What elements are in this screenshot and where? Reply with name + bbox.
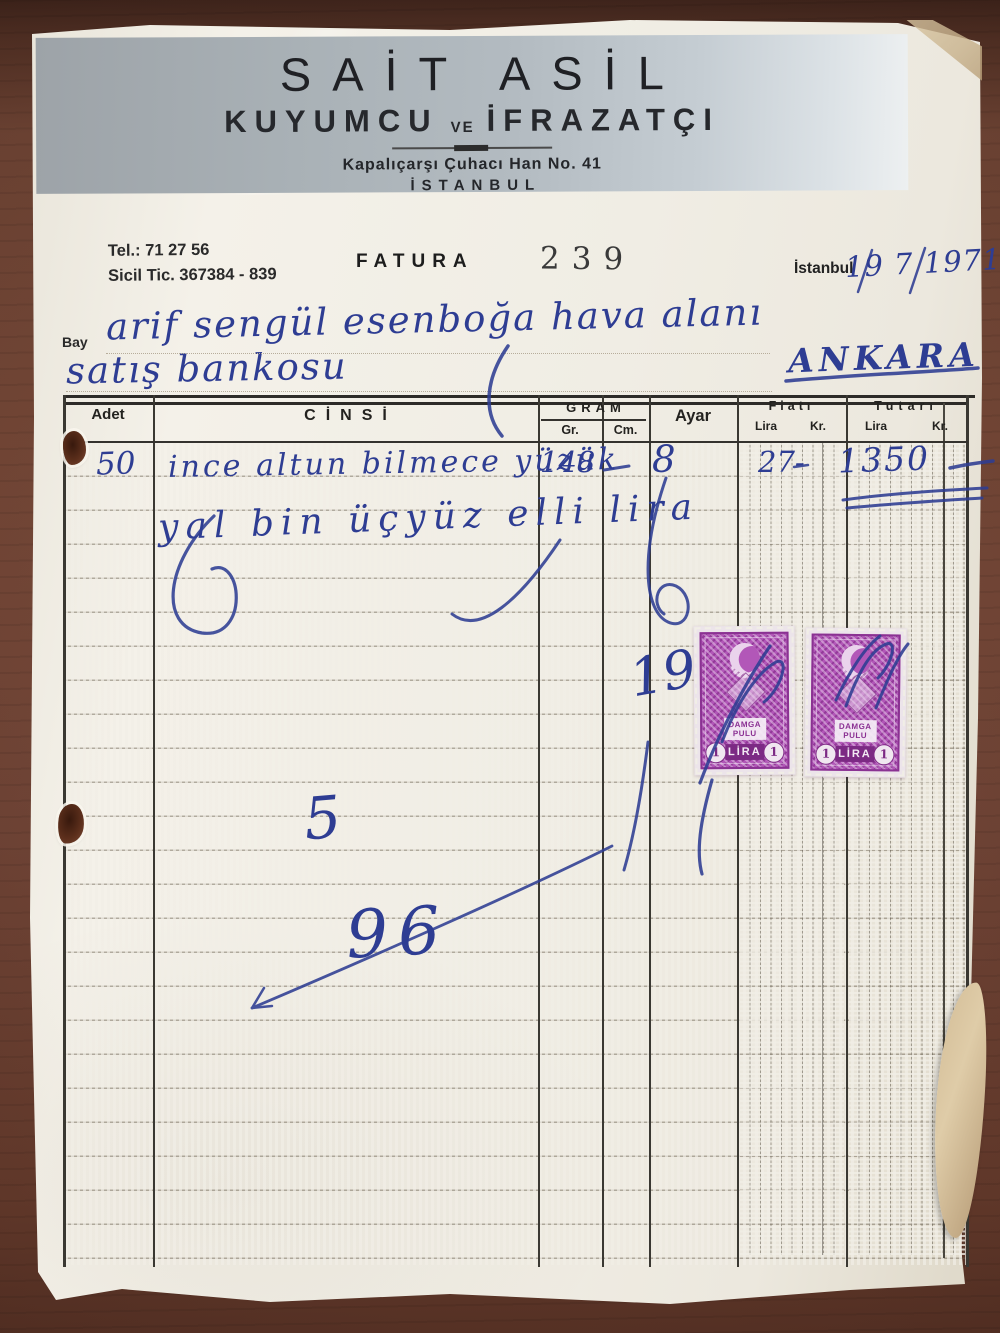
stamp-title-line2: PULU xyxy=(834,731,876,740)
ruled-guide-line xyxy=(106,353,770,354)
buyer-label: Bay xyxy=(62,334,88,350)
subtitle-mid: VE xyxy=(451,119,475,139)
crescent-icon xyxy=(729,643,759,673)
buyer-city: ANKARA xyxy=(787,335,980,381)
price-column-ruling xyxy=(740,443,844,1255)
stamp-cancellation-number: 19 xyxy=(625,639,701,710)
letterhead-divider xyxy=(392,147,552,150)
subtitle-right: İFRAZATÇI xyxy=(487,102,720,139)
invoice-photo: SAİT ASİL KUYUMCU VE İFRAZATÇI Kapalıçar… xyxy=(0,0,1000,1333)
company-subtitle: KUYUMCU VE İFRAZATÇI xyxy=(36,101,908,141)
revenue-stamp-face: DAMGA PULU LİRA 1 1 xyxy=(700,632,790,770)
table-vline xyxy=(153,395,155,1267)
col-header-cinsi: CİNSİ xyxy=(153,407,538,425)
letterhead-band: SAİT ASİL KUYUMCU VE İFRAZATÇI Kapalıçar… xyxy=(36,34,909,194)
row-quantity: 50 xyxy=(95,445,136,482)
invoice-number: 239 xyxy=(540,241,636,278)
trade-registry: Sicil Tic. 367384 - 839 xyxy=(108,262,277,289)
row-total: 1350 xyxy=(837,438,930,480)
subtitle-left: KUYUMCU xyxy=(224,103,439,140)
table-vline xyxy=(846,395,848,1267)
stamp-title-line1: DAMGA xyxy=(724,720,766,729)
revenue-stamp: DAMGA PULU LİRA 1 1 xyxy=(693,626,795,776)
revenue-stamp-face: DAMGA PULU LİRA 1 1 xyxy=(810,634,900,772)
crescent-icon xyxy=(841,645,871,675)
col-header-cm: Cm. xyxy=(602,423,649,437)
col-header-fiati: Fiatı xyxy=(737,399,846,413)
row-ayar: 8 xyxy=(652,438,676,481)
contact-block: Tel.: 71 27 56 Sicil Tic. 367384 - 839 xyxy=(108,237,277,289)
stamp-band: LİRA xyxy=(725,744,764,760)
calc-denominator: 96 xyxy=(344,891,452,973)
gram-underline xyxy=(541,419,646,421)
col-header-tutari-kr: Kr. xyxy=(918,419,962,433)
row-gram: 148 xyxy=(540,445,595,479)
telephone: Tel.: 71 27 56 xyxy=(108,237,277,264)
col-header-tutari: Tutarı xyxy=(846,399,966,413)
company-name: SAİT ASİL xyxy=(36,44,908,103)
col-header-tutari-lira: Lira xyxy=(854,419,898,433)
stamp-value-right: 1 xyxy=(763,742,784,763)
buyer-line2: satış bankosu xyxy=(66,345,348,393)
stamp-title-line2: PULU xyxy=(724,729,766,738)
stamp-value-left: 1 xyxy=(815,744,836,765)
stamp-title-line1: DAMGA xyxy=(834,722,876,731)
stamp-value-left: 1 xyxy=(705,742,726,763)
calc-numerator: 5 xyxy=(301,783,344,854)
stamp-ornament xyxy=(837,674,877,714)
table-top-border xyxy=(63,395,975,398)
table-vline xyxy=(737,395,739,1267)
revenue-stamp: DAMGA PULU LİRA 1 1 xyxy=(804,627,907,777)
col-header-ayar: Ayar xyxy=(649,407,737,426)
document-type-label: FATURA xyxy=(356,251,474,273)
ruled-guide-line xyxy=(66,391,772,392)
stamp-band: LİRA xyxy=(835,746,874,762)
stamp-ornament xyxy=(726,672,766,712)
col-header-fiati-lira: Lira xyxy=(746,419,786,433)
col-header-gr: Gr. xyxy=(538,423,602,437)
stamp-value-right: 1 xyxy=(873,744,894,765)
row-unit-price: 27- xyxy=(758,445,805,479)
company-address: Kapalıçarşı Çuhacı Han No. 41 xyxy=(36,154,908,176)
col-header-adet: Adet xyxy=(63,406,153,423)
col-header-fiati-kr: Kr. xyxy=(796,419,840,433)
stamp-title: DAMGA PULU xyxy=(834,720,876,742)
table-vline xyxy=(822,443,823,1255)
table-header-bottom-border xyxy=(63,441,968,443)
stamp-title: DAMGA PULU xyxy=(724,718,766,740)
col-header-gram: GRAM xyxy=(538,400,649,415)
